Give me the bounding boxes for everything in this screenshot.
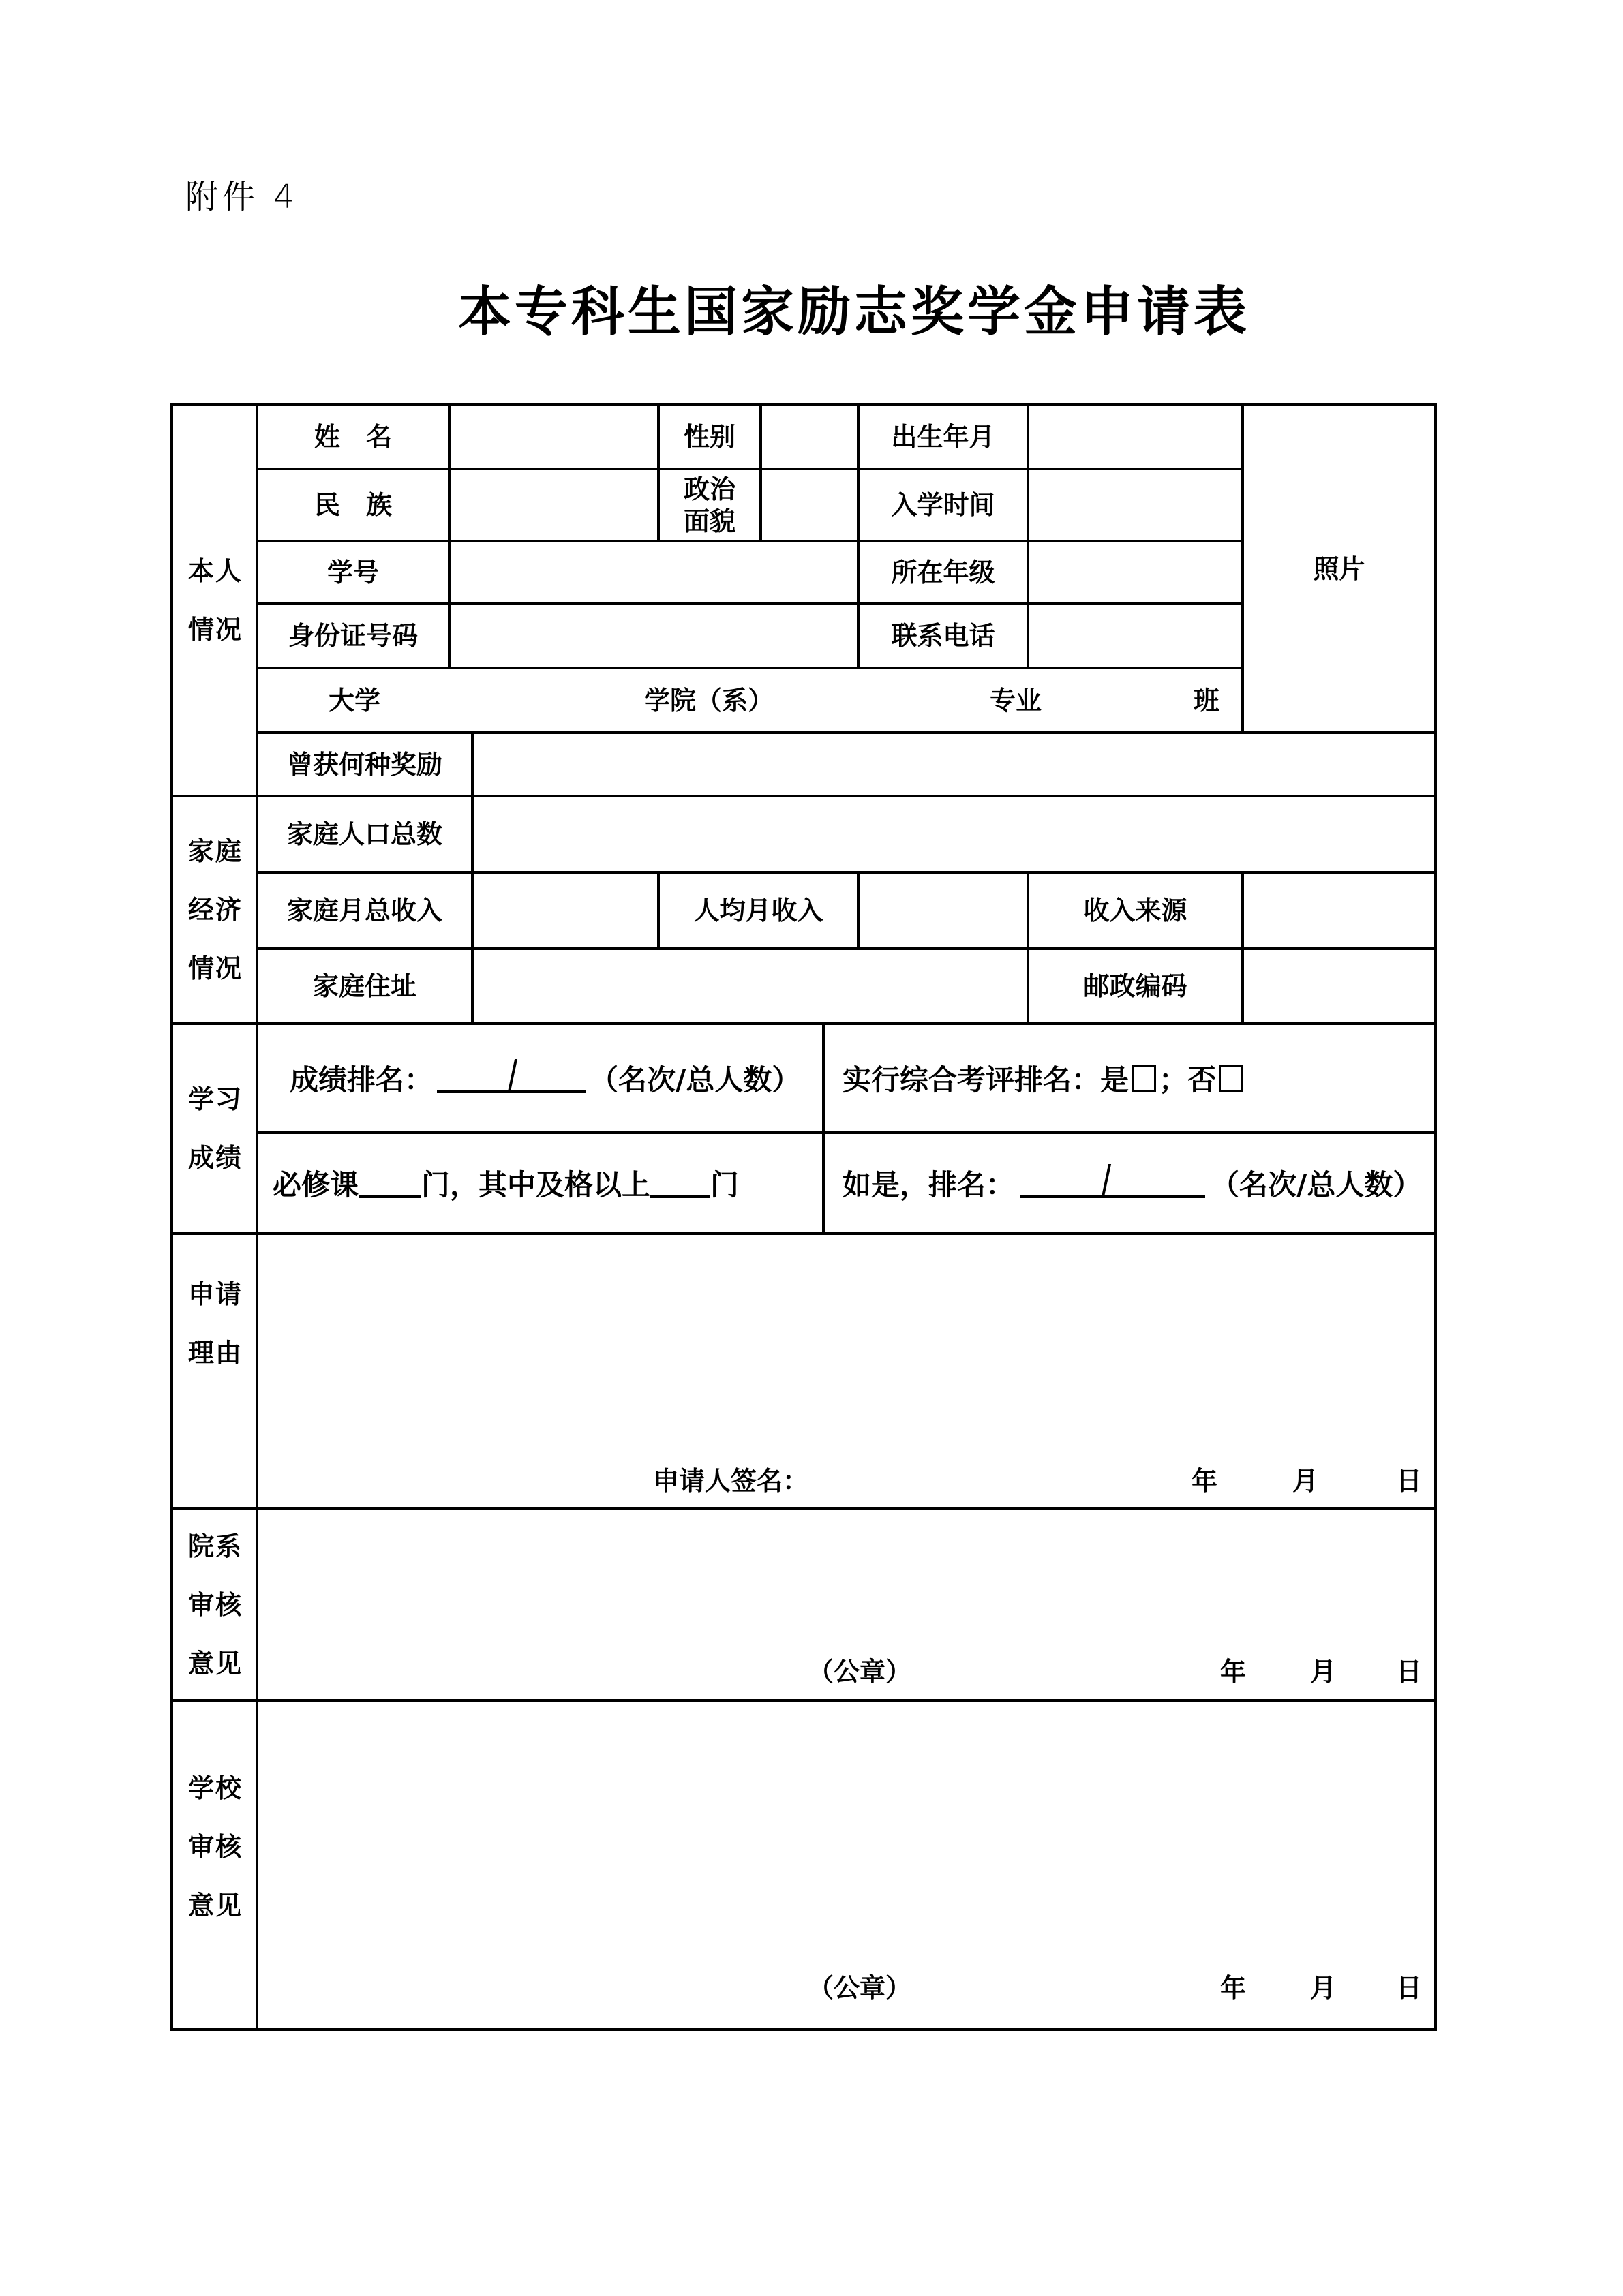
- school-review-textarea[interactable]: [258, 1702, 1434, 1947]
- student-id-input[interactable]: [451, 542, 857, 602]
- name-label: 姓 名: [258, 406, 448, 468]
- section-label-school: 学校 审核 意见: [173, 1745, 258, 1949]
- enroll-label: 入学时间: [860, 470, 1027, 540]
- section-label-line: 学习: [188, 1086, 243, 1112]
- section-label-line: 意见: [188, 1893, 243, 1918]
- awards-input[interactable]: [474, 734, 1434, 795]
- grade-rank-blank[interactable]: [437, 1063, 586, 1093]
- table-border-bottom: [170, 2028, 1437, 2031]
- yes-checkbox[interactable]: [1132, 1065, 1156, 1092]
- university-label: 大学: [320, 669, 389, 731]
- required-courses-prefix: 必修课: [273, 1163, 359, 1204]
- section-label-line: 审核: [188, 1834, 243, 1860]
- section-label-family: 家庭 经济 情况: [173, 797, 258, 1022]
- applicant-signature-label: 申请人签名：: [653, 1460, 808, 1497]
- if-yes-rank-label: 如是，排名：: [843, 1163, 1014, 1204]
- id-card-input[interactable]: [451, 605, 857, 667]
- date-day-label: 日: [1396, 1460, 1422, 1497]
- class-label: 班: [1186, 669, 1227, 731]
- political-label-line: 面貌: [684, 505, 735, 538]
- section-label-personal: 本人 情况: [173, 406, 258, 795]
- political-status-label: 政治 面貌: [660, 470, 759, 540]
- section-label-reason: 申请 理由: [173, 1235, 258, 1412]
- section-label-line: 学校: [188, 1775, 243, 1801]
- grade-rank-suffix: （名次/总人数）: [590, 1058, 800, 1099]
- if-yes-rank-row: 如是，排名： （名次/总人数）: [843, 1134, 1421, 1232]
- per-capita-income-input[interactable]: [860, 874, 1027, 947]
- no-checkbox[interactable]: [1219, 1065, 1243, 1092]
- section-label-line: 院系: [188, 1533, 243, 1559]
- birth-input[interactable]: [1029, 406, 1241, 468]
- grade-input[interactable]: [1029, 542, 1241, 602]
- date-day-label: 日: [1396, 1967, 1422, 2004]
- family-population-input[interactable]: [474, 797, 1434, 871]
- home-address-input[interactable]: [474, 950, 1027, 1022]
- section-label-study: 学习 成绩: [173, 1025, 258, 1232]
- school-seal-label: （公章）: [808, 1967, 911, 2004]
- required-courses-count-blank[interactable]: [359, 1168, 421, 1198]
- dept-review-textarea[interactable]: [258, 1510, 1434, 1633]
- section-label-line: 情况: [188, 617, 243, 643]
- postcode-input[interactable]: [1244, 950, 1434, 1022]
- family-monthly-income-label: 家庭月总收入: [258, 874, 471, 947]
- separator: ；: [1159, 1058, 1187, 1099]
- date-month-label: 月: [1310, 1967, 1336, 2004]
- family-population-label: 家庭人口总数: [258, 797, 471, 871]
- ethnicity-input[interactable]: [451, 470, 657, 540]
- date-day-label: 日: [1396, 1651, 1422, 1688]
- ethnicity-label: 民 族: [258, 470, 448, 540]
- income-source-label: 收入来源: [1029, 874, 1241, 947]
- section-label-line: 家庭: [188, 838, 243, 864]
- date-month-label: 月: [1310, 1651, 1336, 1688]
- date-year-label: 年: [1192, 1460, 1217, 1497]
- political-status-input[interactable]: [762, 470, 857, 540]
- slash-separator: [1102, 1164, 1111, 1197]
- date-month-label: 月: [1292, 1460, 1318, 1497]
- awards-label: 曾获何种奖励: [258, 734, 471, 795]
- table-border-right: [1434, 403, 1437, 2031]
- comprehensive-rank-row: 实行综合考评排名： 是 ； 否: [843, 1025, 1246, 1131]
- student-id-label: 学号: [258, 542, 448, 602]
- gender-input[interactable]: [762, 406, 857, 468]
- family-monthly-income-input[interactable]: [474, 874, 657, 947]
- passed-courses-count-blank[interactable]: [650, 1168, 710, 1198]
- income-source-input[interactable]: [1244, 874, 1434, 947]
- application-reason-textarea[interactable]: [258, 1235, 1434, 1439]
- section-label-line: 审核: [188, 1592, 243, 1618]
- dept-seal-label: （公章）: [808, 1651, 911, 1688]
- required-courses-suffix: 门: [710, 1163, 739, 1204]
- college-label: 学院（系）: [634, 669, 784, 731]
- grade-rank-label: 成绩排名：: [290, 1058, 433, 1099]
- date-year-label: 年: [1220, 1967, 1246, 2004]
- political-label-line: 政治: [684, 473, 735, 506]
- section-label-line: 本人: [188, 558, 243, 584]
- section-label-line: 经济: [188, 897, 243, 923]
- id-card-label: 身份证号码: [258, 605, 448, 667]
- comprehensive-rank-label: 实行综合考评排名：: [843, 1058, 1100, 1099]
- postcode-label: 邮政编码: [1029, 950, 1241, 1022]
- if-yes-rank-suffix: （名次/总人数）: [1211, 1163, 1421, 1204]
- required-courses-mid: 门，其中及格以上: [421, 1163, 650, 1204]
- date-year-label: 年: [1220, 1651, 1246, 1688]
- no-label: 否: [1187, 1058, 1216, 1099]
- grade-label: 所在年级: [860, 542, 1027, 602]
- phone-label: 联系电话: [860, 605, 1027, 667]
- if-yes-rank-blank[interactable]: [1020, 1168, 1205, 1198]
- gender-label: 性别: [660, 406, 759, 468]
- birth-label: 出生年月: [860, 406, 1027, 468]
- section-label-line: 意见: [188, 1651, 243, 1677]
- col-divider: [822, 1022, 825, 1232]
- required-courses-row: 必修课 门，其中及格以上 门: [273, 1134, 739, 1232]
- section-label-line: 成绩: [188, 1145, 243, 1171]
- grade-rank-row: 成绩排名： （名次/总人数）: [290, 1025, 800, 1131]
- section-label-line: 申请: [188, 1281, 243, 1307]
- section-label-dept: 院系 审核 意见: [173, 1510, 258, 1699]
- per-capita-income-label: 人均月收入: [660, 874, 857, 947]
- home-address-label: 家庭住址: [258, 950, 471, 1022]
- photo-placeholder: 照片: [1244, 406, 1434, 731]
- enroll-date-input[interactable]: [1029, 470, 1241, 540]
- phone-input[interactable]: [1029, 605, 1241, 667]
- attachment-label: 附件 4: [185, 170, 299, 217]
- form-title: 本专科生国家励志奖学金申请表: [458, 269, 1147, 346]
- yes-label: 是: [1100, 1058, 1129, 1099]
- section-label-line: 理由: [188, 1340, 243, 1366]
- section-label-line: 情况: [188, 955, 243, 981]
- name-input[interactable]: [451, 406, 657, 468]
- slash-separator: [508, 1059, 517, 1092]
- major-label: 专业: [982, 669, 1050, 731]
